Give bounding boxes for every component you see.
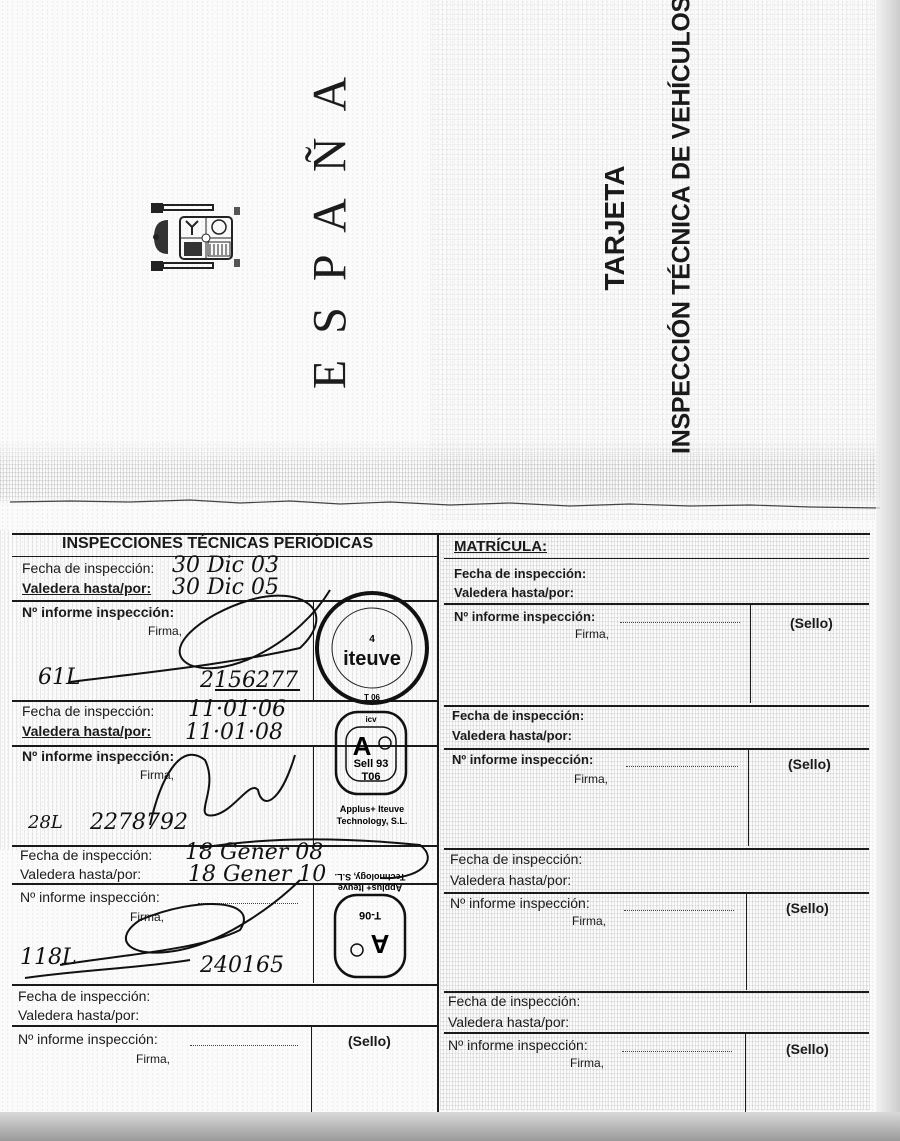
svg-text:T 06: T 06: [364, 693, 381, 702]
svg-text:T06: T06: [362, 771, 381, 783]
svg-text:iteuve: iteuve: [343, 648, 401, 670]
svg-text:A: A: [353, 731, 372, 761]
svg-text:T-06: T-06: [359, 909, 381, 921]
svg-text:icv: icv: [365, 715, 377, 724]
applus-stamp-icon: icv A Sell 93 T06 Applus+ Iteuve Technol…: [336, 712, 407, 826]
svg-text:Applus+ Iteuve: Applus+ Iteuve: [338, 883, 402, 893]
svg-text:A: A: [370, 929, 389, 959]
svg-text:Applus+ Iteuve: Applus+ Iteuve: [340, 804, 404, 814]
paper-bottom-edge: [0, 1112, 900, 1141]
applus-inverted-stamp-icon: A T-06 Applus+ Iteuve Technology, S.L.: [335, 872, 406, 977]
round-stamp-icon: 4 iteuve T 06: [317, 593, 427, 703]
stamps-and-signatures: 4 iteuve T 06 icv A Sell 93 T06 Applus+ …: [0, 0, 900, 1141]
svg-text:Sell 93: Sell 93: [354, 758, 389, 770]
paper-right-edge: [876, 0, 900, 1141]
svg-text:4: 4: [369, 634, 375, 645]
svg-text:Technology, S.L.: Technology, S.L.: [337, 816, 408, 826]
